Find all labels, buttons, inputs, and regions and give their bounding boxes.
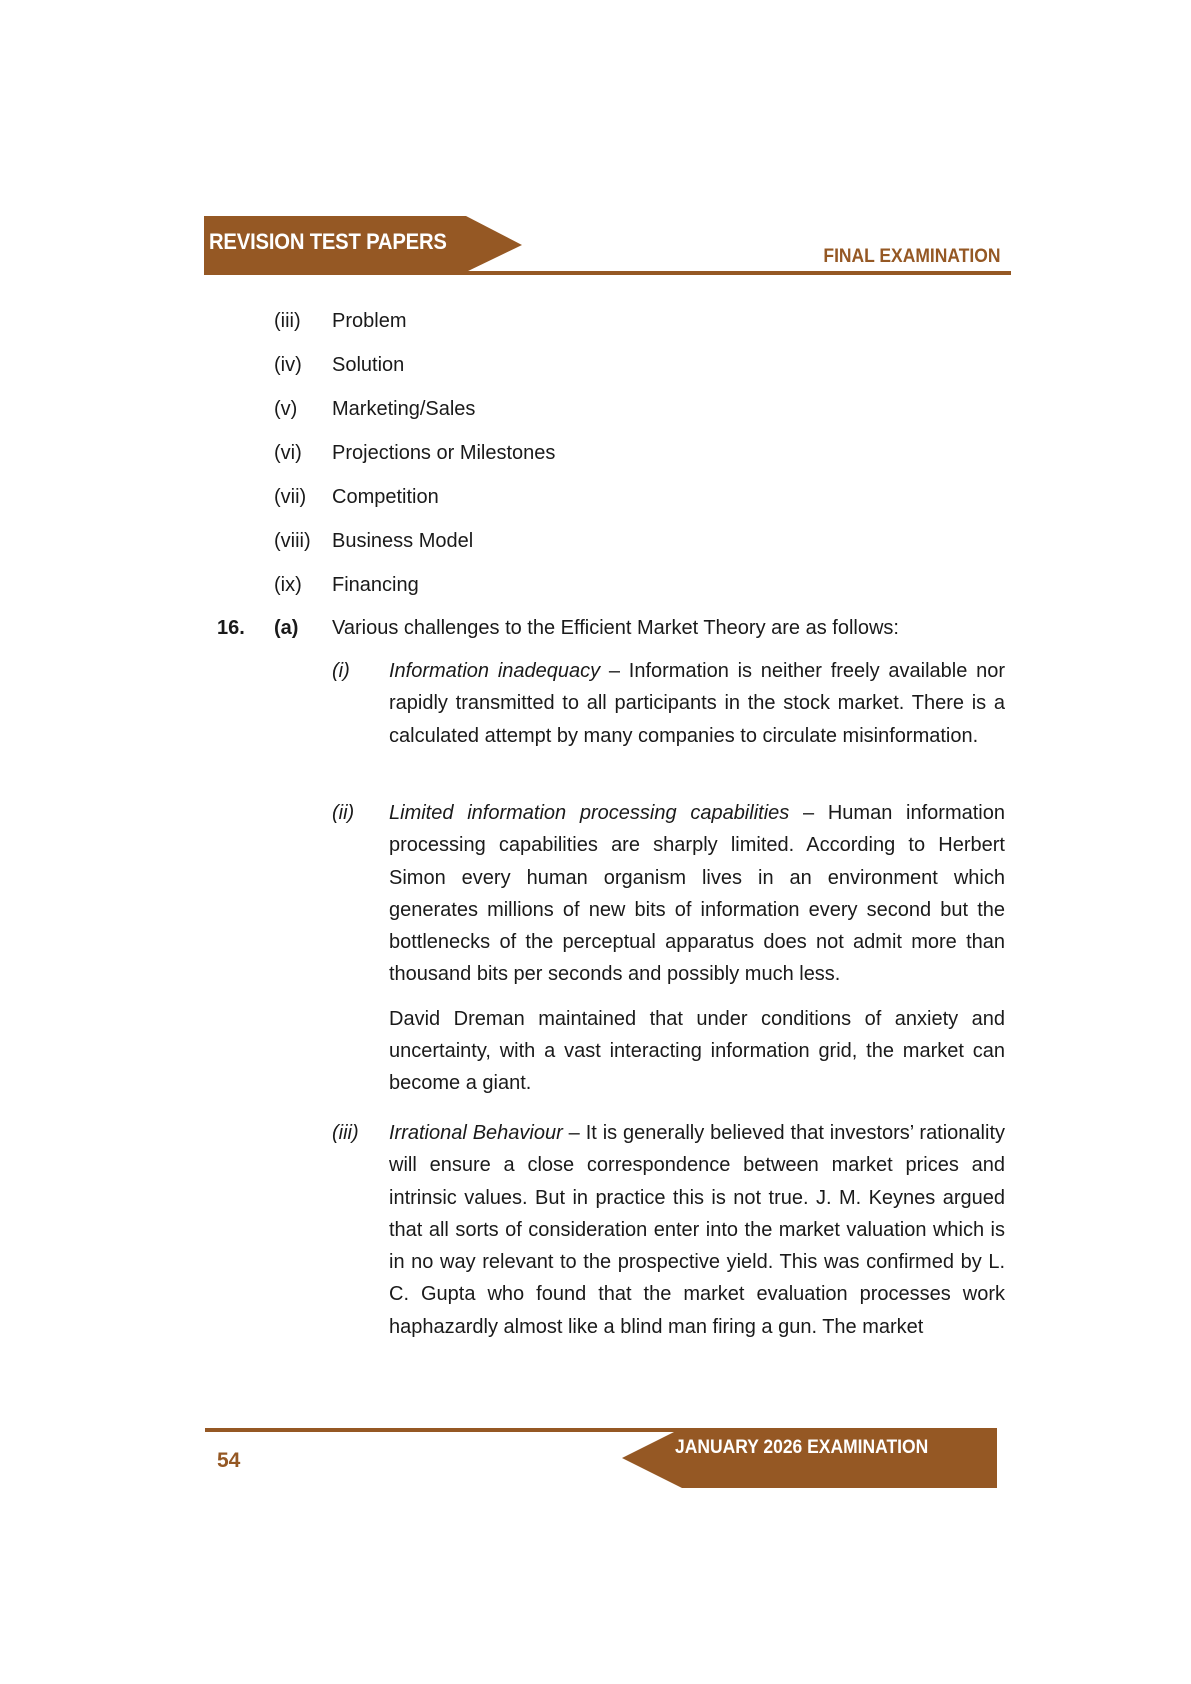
list-item-number: (iii) xyxy=(274,305,301,337)
point-term: Information inadequacy xyxy=(389,660,600,682)
point-number: (i) xyxy=(332,655,350,687)
header-rule xyxy=(204,271,1011,275)
point-body: Information inadequacy – Information is … xyxy=(389,655,1005,752)
question-number: 16. xyxy=(217,612,245,644)
point-text: – Human information processing capabilit… xyxy=(389,802,1005,985)
point-body: Limited information processing capabilit… xyxy=(389,797,1005,1100)
header-banner xyxy=(0,0,1191,300)
question-part: (a) xyxy=(274,612,298,644)
header-right-label: FINAL EXAMINATION xyxy=(823,246,1000,268)
point-body: Irrational Behaviour – It is generally b… xyxy=(389,1117,1005,1343)
footer-right-label: JANUARY 2026 EXAMINATION xyxy=(675,1437,928,1459)
footer-rule xyxy=(205,1428,685,1432)
list-item: (ix) Financing xyxy=(0,569,1191,601)
list-item: (viii) Business Model xyxy=(0,525,1191,557)
footer-banner xyxy=(0,1400,1191,1520)
list-item-label: Problem xyxy=(332,305,406,337)
list-item-label: Financing xyxy=(332,569,419,601)
header-left-label: REVISION TEST PAPERS xyxy=(209,229,447,255)
point-number: (ii) xyxy=(332,797,354,829)
list-item-label: Projections or Milestones xyxy=(332,437,555,469)
list-item-number: (viii) xyxy=(274,525,311,557)
point-text: – It is generally believed that investor… xyxy=(389,1122,1005,1338)
list-item: (vii) Competition xyxy=(0,481,1191,513)
list-item-number: (vi) xyxy=(274,437,302,469)
list-item: (iii) Problem xyxy=(0,305,1191,337)
list-item-number: (iv) xyxy=(274,349,302,381)
list-item-number: (vii) xyxy=(274,481,306,513)
list-item: (vi) Projections or Milestones xyxy=(0,437,1191,469)
question-intro: Various challenges to the Efficient Mark… xyxy=(332,612,899,644)
list-item-label: Solution xyxy=(332,349,404,381)
list-item-number: (ix) xyxy=(274,569,302,601)
point-term: Limited information processing capabilit… xyxy=(389,802,789,824)
list-item-label: Competition xyxy=(332,481,439,513)
point-number: (iii) xyxy=(332,1117,359,1149)
list-item: (v) Marketing/Sales xyxy=(0,393,1191,425)
list-item-label: Marketing/Sales xyxy=(332,393,475,425)
page-number: 54 xyxy=(217,1449,240,1473)
point-text: David Dreman maintained that under condi… xyxy=(389,1003,1005,1100)
list-item: (iv) Solution xyxy=(0,349,1191,381)
list-item-number: (v) xyxy=(274,393,297,425)
list-item-label: Business Model xyxy=(332,525,473,557)
point-term: Irrational Behaviour xyxy=(389,1122,563,1144)
